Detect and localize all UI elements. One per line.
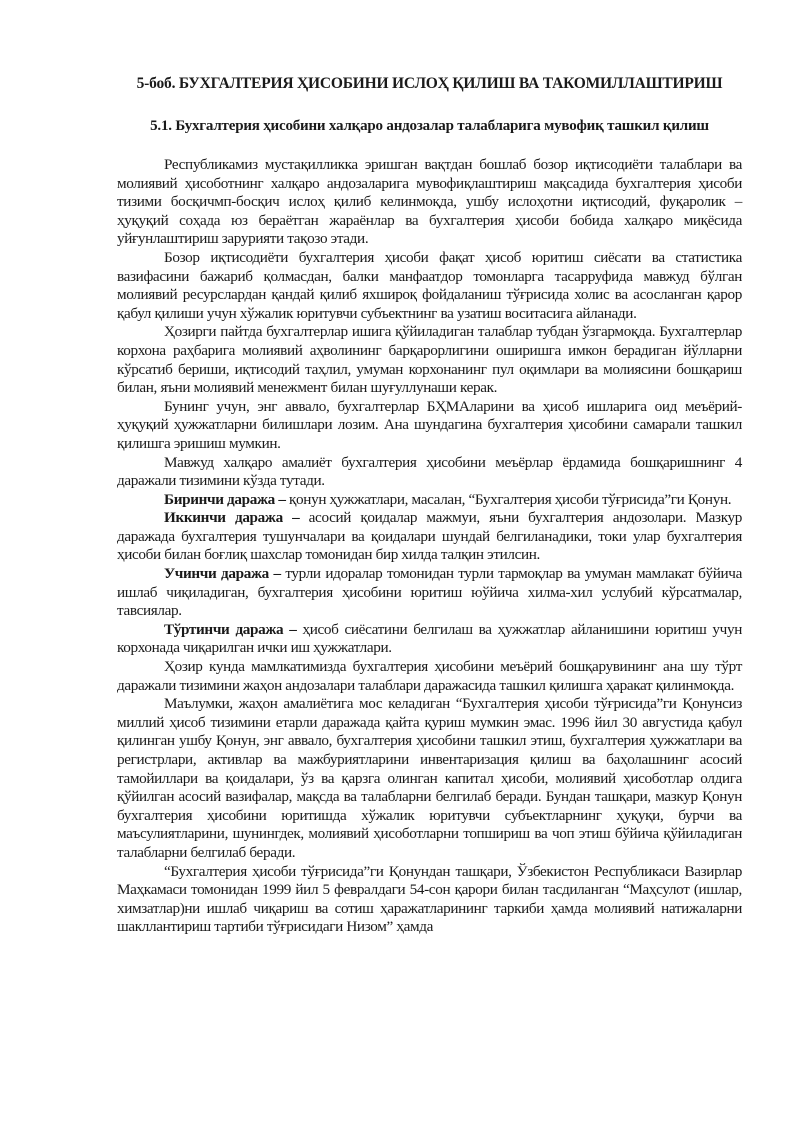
paragraph-text: Республикамиз мустақилликка эришган вақт…	[117, 156, 742, 247]
paragraph-text: Ҳозир кунда мамлкатимизда бухгалтерия ҳи…	[117, 658, 742, 694]
paragraph: “Бухгалтерия ҳисоби тўғрисида”ги Қонунда…	[117, 863, 742, 937]
paragraph: Бунинг учун, энг аввало, бухгалтерлар БҲ…	[117, 398, 742, 454]
paragraph-level-4: Тўртинчи даража – ҳисоб сиёсатини белгил…	[117, 621, 742, 658]
paragraph-lead: Учинчи даража –	[164, 565, 281, 582]
paragraph-text: “Бухгалтерия ҳисоби тўғрисида”ги Қонунда…	[117, 863, 742, 936]
paragraph: Республикамиз мустақилликка эришган вақт…	[117, 156, 742, 249]
paragraph: Мавжуд халқаро амалиёт бухгалтерия ҳисоб…	[117, 454, 742, 491]
paragraph-text: Бунинг учун, энг аввало, бухгалтерлар БҲ…	[117, 398, 742, 452]
paragraph-level-3: Учинчи даража – турли идоралар томонидан…	[117, 565, 742, 621]
paragraph-lead: Иккинчи даража –	[164, 509, 299, 526]
section-title: 5.1. Бухгалтерия ҳисобини халқаро андоза…	[117, 116, 742, 136]
paragraph-lead: Биринчи даража –	[164, 491, 286, 508]
chapter-title: 5-боб. БУХГАЛТЕРИЯ ҲИСОБИНИ ИСЛОҲ ҚИЛИШ …	[117, 74, 742, 94]
paragraph-text: Маълумки, жаҳон амалиётига мос келадиган…	[117, 695, 742, 861]
document-page: 5-боб. БУХГАЛТЕРИЯ ҲИСОБИНИ ИСЛОҲ ҚИЛИШ …	[117, 74, 742, 937]
paragraph-level-2: Иккинчи даража – асосий қоидалар мажмуи,…	[117, 509, 742, 565]
paragraph-text: қонун ҳужжатлари, масалан, “Бухгалтерия …	[286, 491, 732, 508]
paragraph: Маълумки, жаҳон амалиётига мос келадиган…	[117, 695, 742, 862]
paragraph-text: Мавжуд халқаро амалиёт бухгалтерия ҳисоб…	[117, 454, 742, 490]
paragraph-level-1: Биринчи даража – қонун ҳужжатлари, масал…	[117, 491, 742, 510]
paragraph-text: Ҳозирги пайтда бухгалтерлар ишига қўйила…	[117, 323, 742, 396]
paragraph: Бозор иқтисодиёти бухгалтерия ҳисоби фақ…	[117, 249, 742, 323]
paragraph: Ҳозир кунда мамлкатимизда бухгалтерия ҳи…	[117, 658, 742, 695]
paragraph-text: Бозор иқтисодиёти бухгалтерия ҳисоби фақ…	[117, 249, 742, 322]
paragraph: Ҳозирги пайтда бухгалтерлар ишига қўйила…	[117, 323, 742, 397]
paragraph-lead: Тўртинчи даража –	[164, 621, 297, 638]
